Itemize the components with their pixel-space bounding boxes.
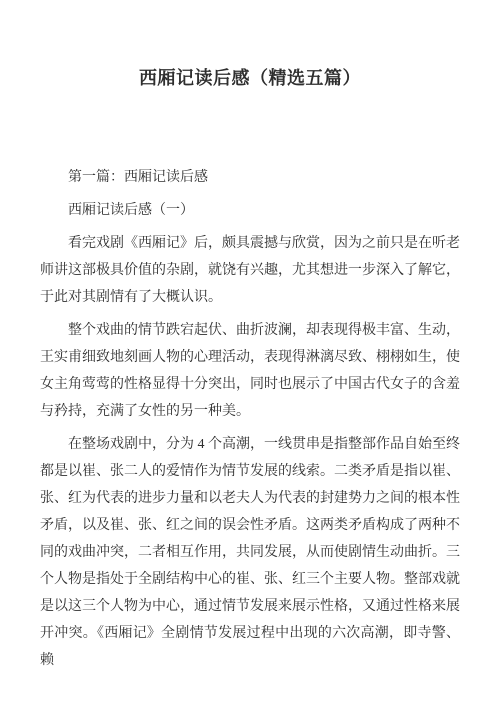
document-title: 西厢记读后感（精选五篇） xyxy=(40,66,460,90)
section-heading: 第一篇：西厢记读后感 xyxy=(40,164,460,191)
paragraph-3: 在整场戏剧中，分为 4 个高潮，一线贯串是指整部作品自始至终都是以崔、张二人的爱… xyxy=(40,431,460,674)
essay-subtitle: 西厢记读后感（一） xyxy=(40,197,460,224)
paragraph-1: 看完戏剧《西厢记》后，颇具震撼与欣赏，因为之前只是在听老师讲这部极具价值的杂剧，… xyxy=(40,230,460,311)
paragraph-2: 整个戏曲的情节跌宕起伏、曲折波澜，却表现得极丰富、生动，王实甫细致地刻画人物的心… xyxy=(40,317,460,425)
document-page: 西厢记读后感（精选五篇） 第一篇：西厢记读后感 西厢记读后感（一） 看完戏剧《西… xyxy=(40,0,460,674)
